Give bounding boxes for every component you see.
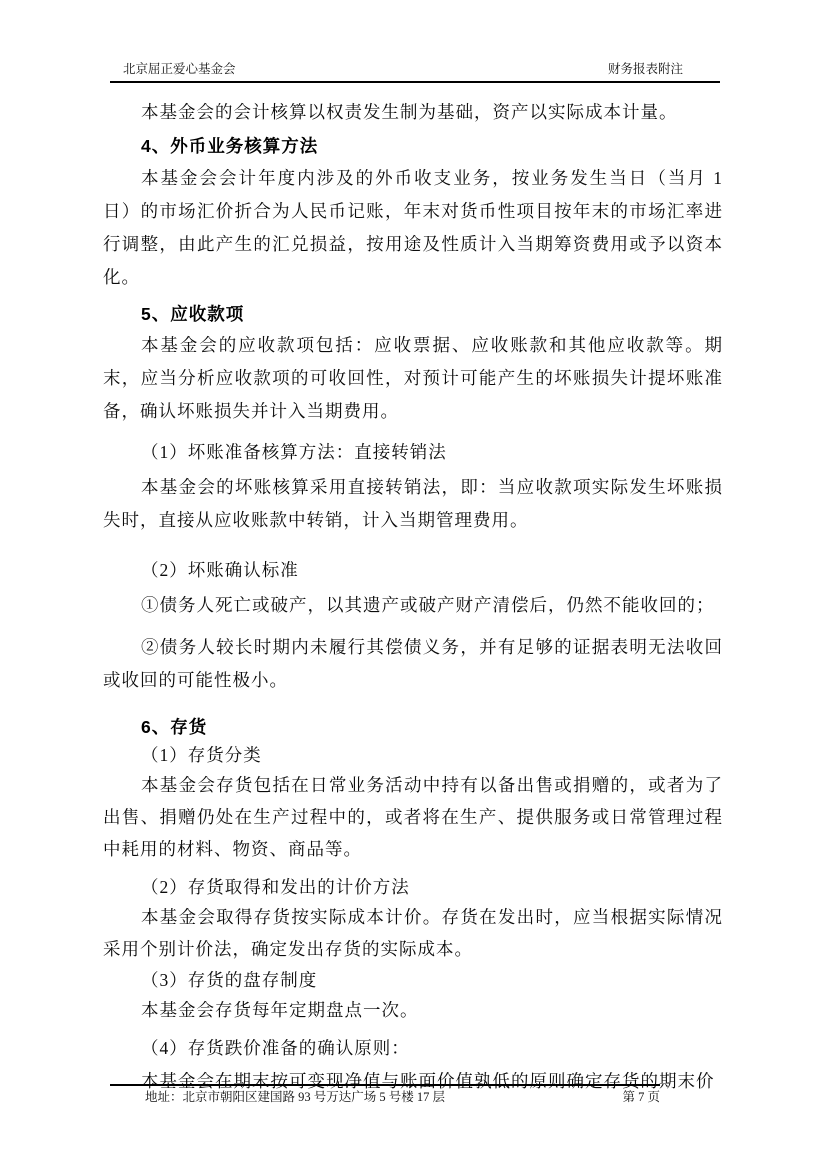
sub-item: （1）存货分类 xyxy=(103,742,723,769)
header-document-title: 财务报表附注 xyxy=(608,62,683,77)
paragraph: 本基金会的应收款项包括：应收票据、应收账款和其他应收款等。期末，应当分析应收款项… xyxy=(103,329,723,428)
section-heading: 5、应收款项 xyxy=(103,299,723,329)
footer-address: 地址：北京市朝阳区建国路 93 号万达广场 5 号楼 17 层 xyxy=(145,1090,445,1105)
sub-item: （4）存货跌价准备的确认原则： xyxy=(103,1035,723,1062)
paragraph: 本基金会存货每年定期盘点一次。 xyxy=(103,994,723,1026)
paragraph: 本基金会存货包括在日常业务活动中持有以备出售或捐赠的，或者为了出售、捐赠仍处在生… xyxy=(103,769,723,865)
page-header: 北京屈正爱心基金会 财务报表附注 xyxy=(110,0,720,83)
sub-item: （2）坏账确认标准 xyxy=(103,554,723,587)
sub-item: （3）存货的盘存制度 xyxy=(103,967,723,994)
document-page: 北京屈正爱心基金会 财务报表附注 本基金会的会计核算以权责发生制为基础，资产以实… xyxy=(0,0,826,1169)
paragraph: 本基金会的会计核算以权责发生制为基础，资产以实际成本计量。 xyxy=(103,96,723,129)
paragraph: 本基金会的坏账核算采用直接转销法，即：当应收款项实际发生坏账损失时，直接从应收账… xyxy=(103,471,723,537)
section-heading: 6、存货 xyxy=(103,712,723,742)
page-footer: 地址：北京市朝阳区建国路 93 号万达广场 5 号楼 17 层 第 7 页 xyxy=(110,1084,660,1105)
sub-item: （2）存货取得和发出的计价方法 xyxy=(103,874,723,901)
footer-page-number: 第 7 页 xyxy=(622,1090,660,1105)
paragraph: 本基金会会计年度内涉及的外币收支业务，按业务发生当日（当月 1 日）的市场汇价折… xyxy=(103,162,723,294)
numbered-item: ②债务人较长时期内未履行其偿债义务，并有足够的证据表明无法收回或收回的可能性极小… xyxy=(103,631,723,697)
paragraph: 本基金会取得存货按实际成本计价。存货在发出时，应当根据实际情况采用个别计价法，确… xyxy=(103,901,723,965)
numbered-item: ①债务人死亡或破产，以其遗产或破产财产清偿后，仍然不能收回的； xyxy=(103,589,723,622)
document-body: 本基金会的会计核算以权责发生制为基础，资产以实际成本计量。 4、外币业务核算方法… xyxy=(103,89,723,1097)
sub-item: （1）坏账准备核算方法：直接转销法 xyxy=(103,436,723,469)
header-organization-name: 北京屈正爱心基金会 xyxy=(123,62,236,77)
section-heading: 4、外币业务核算方法 xyxy=(103,131,723,161)
